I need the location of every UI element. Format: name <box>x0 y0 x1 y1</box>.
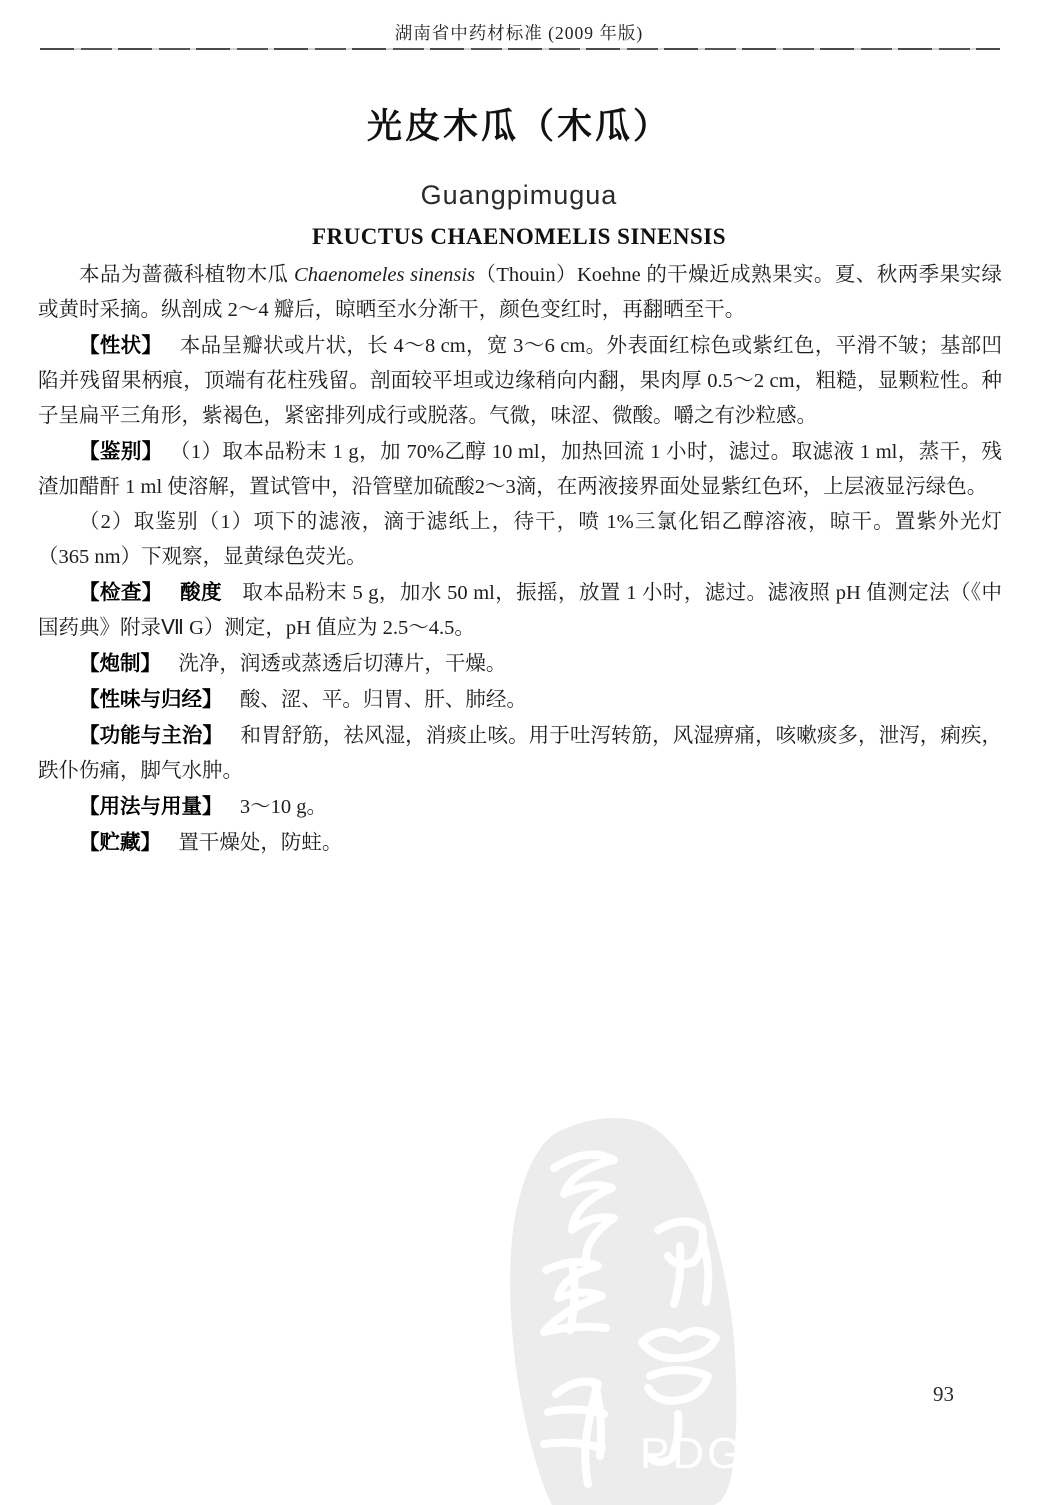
paragraph-text: 本品呈瓣状或片状，长 4～8 cm，宽 3～6 cm。外表面红棕色或紫红色，平滑… <box>38 335 1002 427</box>
section-subheading: 酸度 <box>180 581 222 604</box>
paragraph: 本品为蔷薇科植物木瓜 Chaenomeles sinensis（Thouin）K… <box>38 258 1002 328</box>
paragraph: 【性状】本品呈瓣状或片状，长 4～8 cm，宽 3～6 cm。外表面红棕色或紫红… <box>38 328 1002 434</box>
paragraph: 【检查】酸度取本品粉末 5 g，加水 50 ml，振摇，放置 1 小时，滤过。滤… <box>38 575 1002 646</box>
section-label: 【炮制】 <box>79 652 161 675</box>
paragraph: （2）取鉴别（1）项下的滤液，滴于滤纸上，待干，喷 1%三氯化铝乙醇溶液，晾干。… <box>38 505 1002 575</box>
paragraph-text: 洗净，润透或蒸透后切薄片，干燥。 <box>178 653 506 675</box>
paragraph-text: （1）取本品粉末 1 g，加 70%乙醇 10 ml，加热回流 1 小时，滤过。… <box>38 441 1002 498</box>
paragraph-text: 本品为蔷薇科植物木瓜 <box>79 264 294 286</box>
paragraph: 【鉴别】（1）取本品粉末 1 g，加 70%乙醇 10 ml，加热回流 1 小时… <box>38 434 1002 505</box>
paragraph: 【性味与归经】酸、涩、平。归胃、肝、肺经。 <box>38 682 1002 718</box>
paragraph-text: （2）取鉴别（1）项下的滤液，滴于滤纸上，待干，喷 1%三氯化铝乙醇溶液，晾干。… <box>38 511 1002 568</box>
botanical-name: Chaenomeles sinensis <box>294 264 475 286</box>
pinyin-name: Guangpimugua <box>0 180 1038 211</box>
section-label: 【鉴别】 <box>79 440 163 463</box>
section-label: 【贮藏】 <box>79 831 161 854</box>
paragraph: 【用法与用量】3～10 g。 <box>38 789 1002 825</box>
paragraph: 【功能与主治】和胃舒筋，祛风湿，消痰止咳。用于吐泻转筋，风湿痹痛，咳嗽痰多，泄泻… <box>38 718 1002 789</box>
page-number: 93 <box>933 1382 954 1407</box>
running-head: 湖南省中药材标准 (2009 年版) <box>0 20 1038 45</box>
paragraph-text: 3～10 g。 <box>240 796 327 818</box>
header-rule <box>40 48 1000 50</box>
paragraph: 【贮藏】置干燥处，防蛀。 <box>38 825 1002 861</box>
watermark-seal: PDG <box>482 1102 792 1505</box>
paragraph: 【炮制】洗净，润透或蒸透后切薄片，干燥。 <box>38 646 1002 682</box>
paragraph-text: 酸、涩、平。归胃、肝、肺经。 <box>240 689 527 711</box>
monograph-title: 光皮木瓜（木瓜） <box>0 99 1038 149</box>
section-label: 【检查】 <box>79 581 163 604</box>
latin-name: FRUCTUS CHAENOMELIS SINENSIS <box>0 224 1038 250</box>
section-label: 【功能与主治】 <box>79 724 223 747</box>
section-label: 【性状】 <box>79 334 162 357</box>
body-sections: 本品为蔷薇科植物木瓜 Chaenomeles sinensis（Thouin）K… <box>38 258 1002 861</box>
watermark-pdg-text: PDG <box>640 1429 744 1478</box>
paragraph-text: 置干燥处，防蛀。 <box>178 832 342 854</box>
section-label: 【用法与用量】 <box>79 795 223 818</box>
document-page: 湖南省中药材标准 (2009 年版) 光皮木瓜（木瓜） Guangpimugua… <box>0 0 1038 1505</box>
section-label: 【性味与归经】 <box>79 688 223 711</box>
